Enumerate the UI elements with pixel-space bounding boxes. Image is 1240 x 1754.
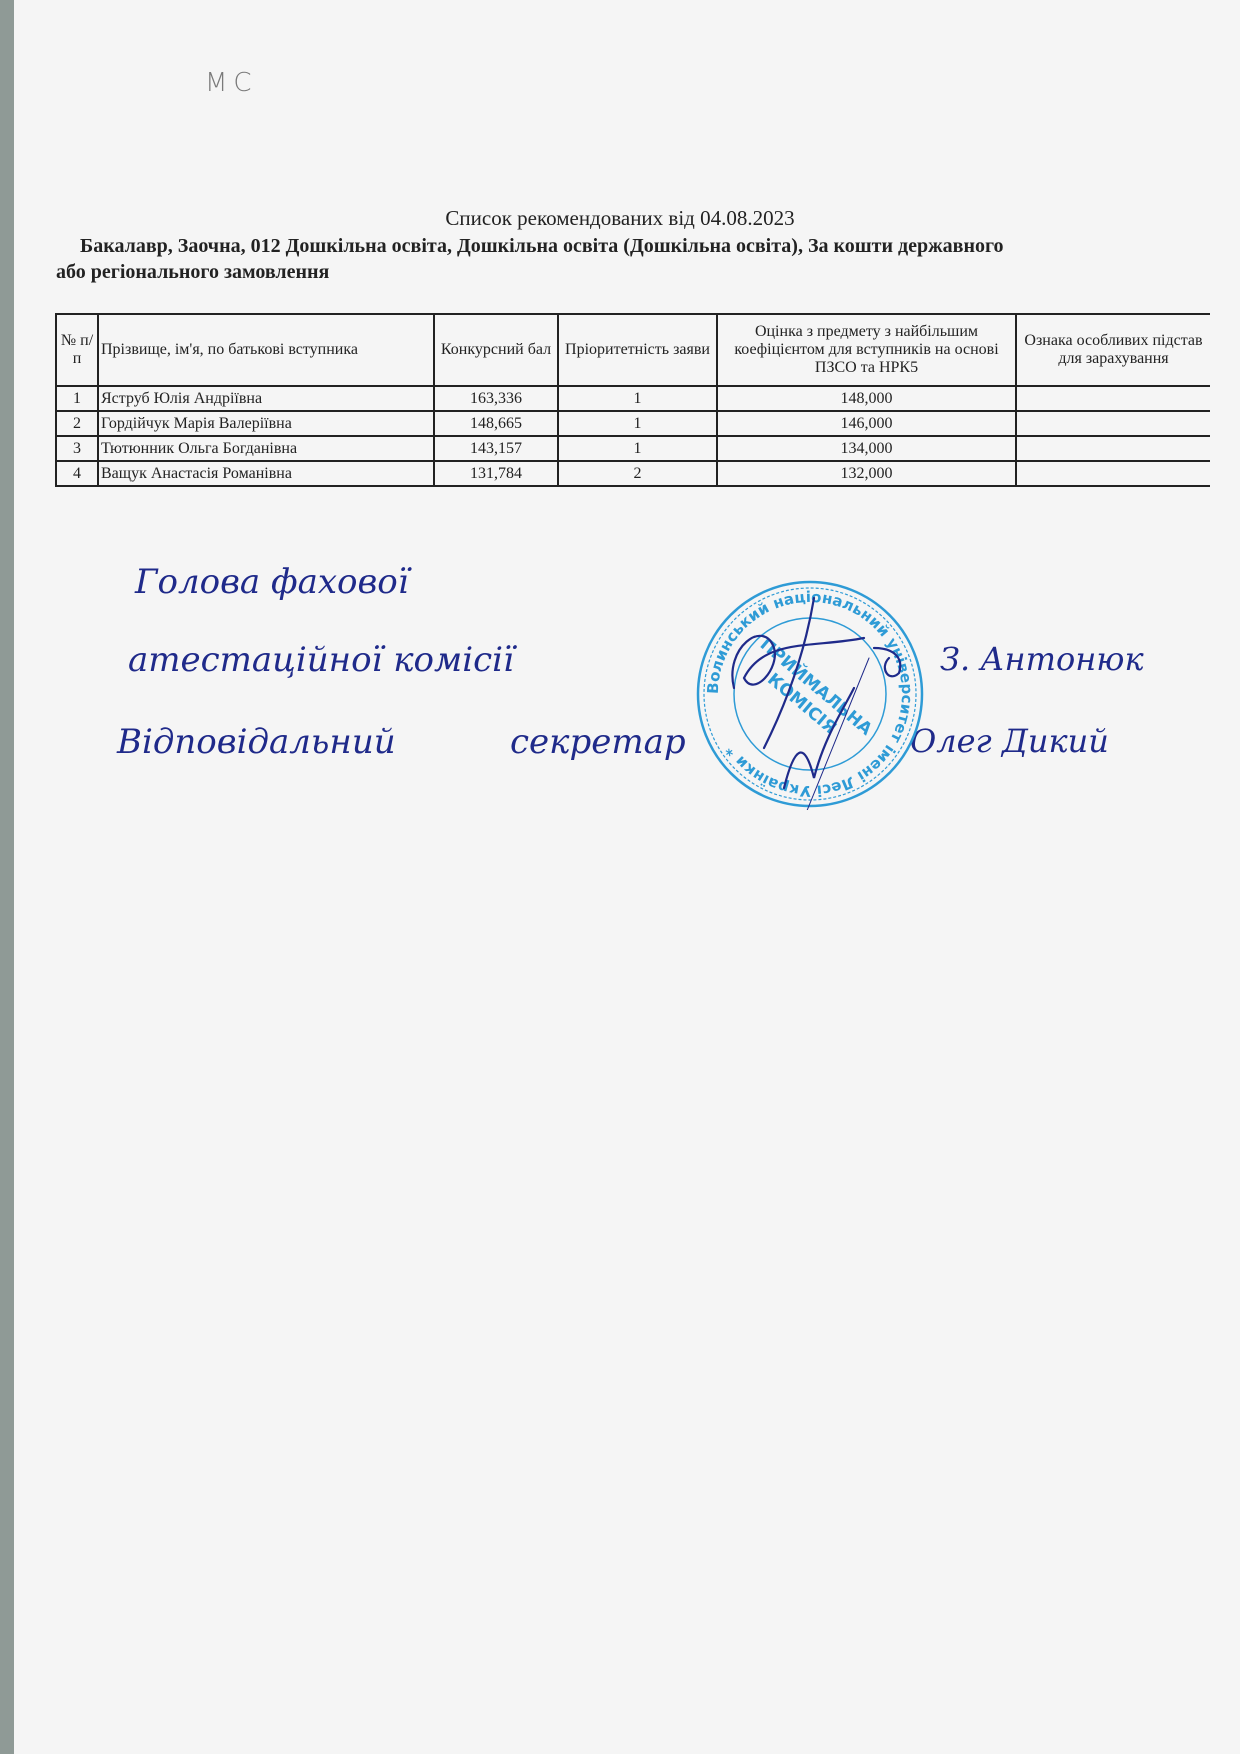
recommended-list-table: № п/п Прізвище, ім'я, по батькові вступн… <box>55 313 1210 487</box>
cell-priority: 1 <box>558 411 717 436</box>
cell-num: 1 <box>56 386 98 411</box>
signature-name-chair: З. Антонюк <box>940 640 1144 678</box>
cell-num: 2 <box>56 411 98 436</box>
cell-special <box>1016 436 1210 461</box>
table-row: 4 Ващук Анастасія Романівна 131,784 2 13… <box>56 461 1210 486</box>
cell-name: Гордійчук Марія Валеріївна <box>98 411 434 436</box>
cell-score: 131,784 <box>434 461 558 486</box>
cell-num: 3 <box>56 436 98 461</box>
handwritten-note: MC <box>205 68 258 98</box>
signature-line-secretary: Відповідальний <box>117 722 396 762</box>
table-row: 2 Гордійчук Марія Валеріївна 148,665 1 1… <box>56 411 1210 436</box>
table-row: 1 Яструб Юлія Андріївна 163,336 1 148,00… <box>56 386 1210 411</box>
subtitle-line-1: Бакалавр, Заочна, 012 Дошкільна освіта, … <box>56 233 1240 259</box>
cell-name: Ващук Анастасія Романівна <box>98 461 434 486</box>
cell-score: 148,665 <box>434 411 558 436</box>
cell-name: Тютюнник Ольга Богданівна <box>98 436 434 461</box>
signature-line-chair: Голова фахової <box>135 562 409 602</box>
subtitle-line-2: або регіонального замовлення <box>56 259 1240 285</box>
header-name: Прізвище, ім'я, по батькові вступника <box>98 314 434 386</box>
header-num: № п/п <box>56 314 98 386</box>
table-row: 3 Тютюнник Ольга Богданівна 143,157 1 13… <box>56 436 1210 461</box>
cell-special <box>1016 411 1210 436</box>
signature-line-commission: атестаційної комісії <box>128 640 514 680</box>
cell-priority: 2 <box>558 461 717 486</box>
table-header-row: № п/п Прізвище, ім'я, по батькові вступн… <box>56 314 1210 386</box>
scan-edge <box>0 0 15 1754</box>
cell-priority: 1 <box>558 436 717 461</box>
header-subject-score: Оцінка з предмету з найбільшим коефіцієн… <box>717 314 1016 386</box>
header-special: Ознака особливих підстав для зарахування <box>1016 314 1210 386</box>
header-priority: Пріоритетність заяви <box>558 314 717 386</box>
cell-special <box>1016 386 1210 411</box>
cell-subject-score: 134,000 <box>717 436 1016 461</box>
cell-subject-score: 132,000 <box>717 461 1016 486</box>
cell-name: Яструб Юлія Андріївна <box>98 386 434 411</box>
cell-priority: 1 <box>558 386 717 411</box>
cell-score: 143,157 <box>434 436 558 461</box>
signature-line-secretary-title: секретар <box>510 722 686 762</box>
document-subtitle: Бакалавр, Заочна, 012 Дошкільна освіта, … <box>56 233 1240 285</box>
header-score: Конкурсний бал <box>434 314 558 386</box>
cell-num: 4 <box>56 461 98 486</box>
cell-subject-score: 146,000 <box>717 411 1016 436</box>
cell-subject-score: 148,000 <box>717 386 1016 411</box>
cell-special <box>1016 461 1210 486</box>
official-stamp-icon: Волинський національний університет імен… <box>694 578 926 810</box>
cell-score: 163,336 <box>434 386 558 411</box>
signature-name-secretary: Олег Дикий <box>910 722 1109 760</box>
document-title: Список рекомендованих від 04.08.2023 <box>0 206 1240 231</box>
